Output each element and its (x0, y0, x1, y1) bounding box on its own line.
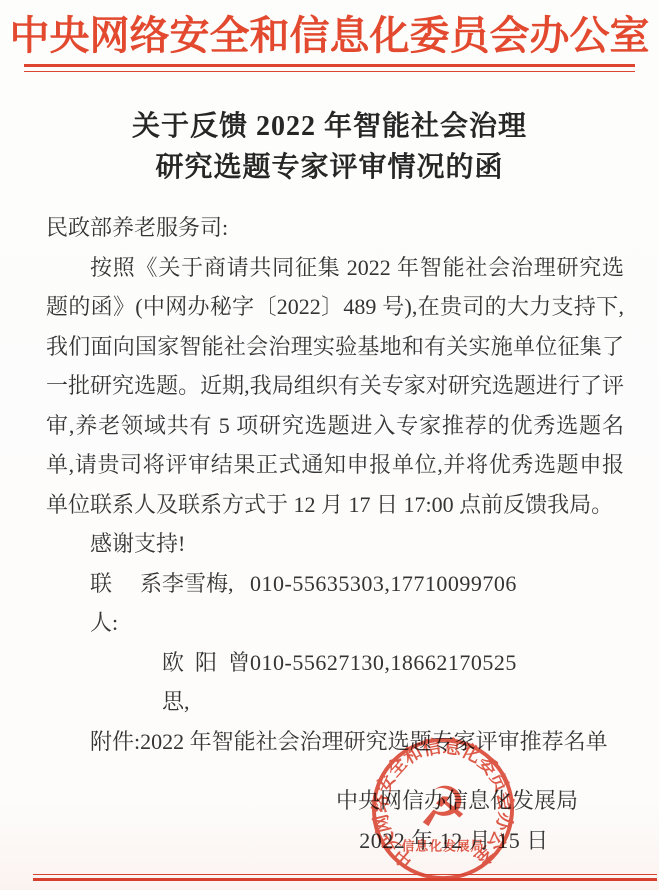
attachment-line: 附件:2022 年智能社会治理研究选题专家评审推荐名单 (46, 722, 624, 762)
contact-name: 李雪梅, (162, 564, 250, 643)
contact-phones: 010-55635303,17710099706 (250, 564, 517, 643)
document-title-line1: 关于反馈 2022 年智能社会治理 (0, 106, 659, 147)
thanks-line: 感谢支持! (46, 524, 624, 564)
contact-name: 欧阳曾思, (162, 643, 250, 722)
hammer-sickle-icon: ☭ (418, 776, 468, 840)
recipient-line: 民政部养老服务司: (46, 208, 624, 248)
official-seal-stamp: 中央网络安全和信息化委员会办公室 ☭ 信息化发展局 (369, 735, 517, 883)
contact-row: 欧阳曾思, 010-55627130,18662170525 (90, 643, 624, 722)
document-title: 关于反馈 2022 年智能社会治理 研究选题专家评审情况的函 (0, 106, 659, 188)
document-page: 中央网络安全和信息化委员会办公室 关于反馈 2022 年智能社会治理 研究选题专… (0, 0, 659, 890)
contact-block: 联系人: 李雪梅, 010-55635303,17710099706 欧阳曾思,… (46, 564, 624, 722)
contact-row: 联系人: 李雪梅, 010-55635303,17710099706 (90, 564, 624, 643)
letterhead-divider (24, 64, 635, 72)
letterhead-org-name: 中央网络安全和信息化委员会办公室 (0, 10, 659, 62)
footer-divider (33, 874, 657, 881)
contact-label-spacer (90, 643, 162, 722)
letter-body: 民政部养老服务司: 按照《关于商请共同征集 2022 年智能社会治理研究选题的函… (46, 208, 624, 761)
contact-label: 联系人: (90, 564, 162, 643)
body-paragraph: 按照《关于商请共同征集 2022 年智能社会治理研究选题的函》(中网办秘字〔20… (46, 248, 624, 525)
contact-phones: 010-55627130,18662170525 (250, 643, 517, 722)
seal-inner-text: 信息化发展局 (402, 838, 485, 853)
document-title-line2: 研究选题专家评审情况的函 (0, 147, 659, 188)
